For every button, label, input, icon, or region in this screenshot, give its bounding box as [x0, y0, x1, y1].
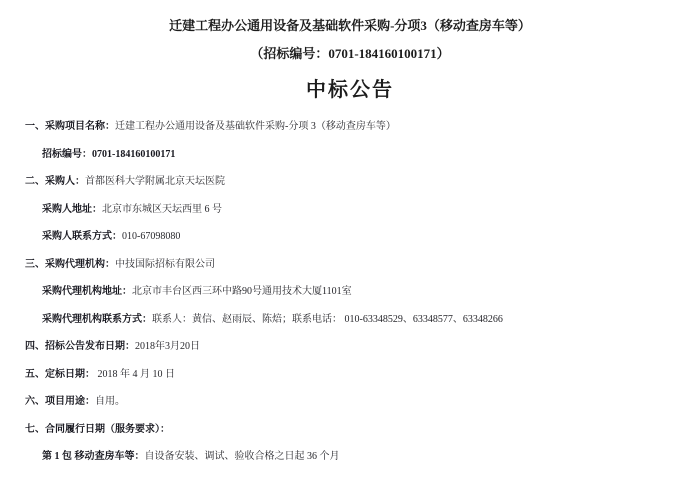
line-label: 采购代理机构联系方式： — [42, 314, 152, 325]
line-label: 采购人联系方式： — [42, 231, 122, 242]
line-label: 五、定标日期： — [25, 369, 95, 380]
line-label: 采购人地址： — [42, 204, 102, 215]
line-value: 首都医科大学附属北京天坛医院 — [85, 176, 225, 187]
line-value: 中技国际招标有限公司 — [115, 259, 215, 270]
line-value: 自用。 — [95, 396, 125, 407]
line-value: 联系人：黄信、赵雨辰、陈焙；联系电话： 010-63348529、6334857… — [152, 314, 503, 325]
document-line: 第 1 包 移动查房车等：自设备安装、调试、验收合格之日起 36 个月 — [42, 443, 700, 471]
line-value: 2018 年 4 月 10 日 — [95, 369, 175, 380]
line-label: 六、项目用途： — [25, 396, 95, 407]
document-line: 采购人地址：北京市东城区天坛西里 6 号 — [42, 196, 700, 224]
document-line: 五、定标日期： 2018 年 4 月 10 日 — [25, 361, 700, 389]
announcement-page: 迁建工程办公通用设备及基础软件采购-分项3（移动查房车等） （招标编号：0701… — [0, 0, 700, 478]
line-label: 招标编号： — [42, 149, 92, 160]
line-label: 二、采购人： — [25, 176, 85, 187]
document-line: 三、采购代理机构：中技国际招标有限公司 — [25, 251, 700, 279]
document-line: 六、项目用途：自用。 — [25, 388, 700, 416]
line-value: 0701-184160100171 — [92, 149, 175, 160]
document-title-line2: （招标编号：0701-184160100171） — [0, 46, 700, 61]
line-label: 一、采购项目名称： — [25, 121, 115, 132]
line-label: 采购代理机构地址： — [42, 286, 132, 297]
document-line: 七、合同履行日期（服务要求）： — [25, 416, 700, 444]
document-line: 四、招标公告发布日期：2018年3月20日 — [25, 333, 700, 361]
document-line: 采购代理机构地址：北京市丰台区西三环中路90号通用技术大厦1101室 — [42, 278, 700, 306]
line-label: 三、采购代理机构： — [25, 259, 115, 270]
line-label: 七、合同履行日期（服务要求）： — [25, 424, 170, 435]
document-line: 二、采购人：首都医科大学附属北京天坛医院 — [25, 168, 700, 196]
document-line: 采购代理机构联系方式：联系人：黄信、赵雨辰、陈焙；联系电话： 010-63348… — [42, 306, 700, 334]
line-value: 2018年3月20日 — [135, 341, 200, 352]
line-value: 北京市东城区天坛西里 6 号 — [102, 204, 222, 215]
document-line: 招标编号：0701-184160100171 — [42, 141, 700, 169]
line-value: 自设备安装、调试、验收合格之日起 36 个月 — [145, 451, 340, 462]
line-value: 010-67098080 — [122, 231, 180, 242]
line-value: 北京市丰台区西三环中路90号通用技术大厦1101室 — [132, 286, 352, 297]
document-body: 一、采购项目名称：迁建工程办公通用设备及基础软件采购-分项 3（移动查房车等）招… — [0, 113, 700, 471]
document-line: 采购人联系方式：010-67098080 — [42, 223, 700, 251]
line-value: 迁建工程办公通用设备及基础软件采购-分项 3（移动查房车等） — [115, 121, 396, 132]
line-label: 第 1 包 移动查房车等： — [42, 451, 145, 462]
line-label: 四、招标公告发布日期： — [25, 341, 135, 352]
document-title-line1: 迁建工程办公通用设备及基础软件采购-分项3（移动查房车等） — [0, 0, 700, 33]
document-line: 一、采购项目名称：迁建工程办公通用设备及基础软件采购-分项 3（移动查房车等） — [25, 113, 700, 141]
announcement-heading: 中标公告 — [0, 77, 700, 103]
